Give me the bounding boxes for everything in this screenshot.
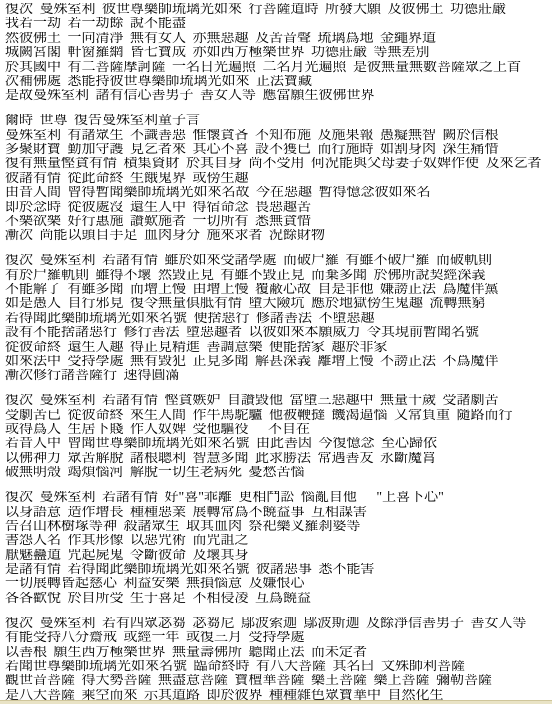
text-line: 曼殊室利 有諸眾生 不識善惡 惟懷貪吝 不知布施 及施果報 愚癡無智 闕於信根: [5, 129, 551, 143]
text-line: 破無明殼 竭煩惱河 解脫一切生老病死 憂愁苦惱: [5, 466, 551, 480]
text-line: 如來法中 受持學處 無有毀犯 正見多聞 解甚深義 離增上慢 不謗正法 不爲魔伴: [5, 355, 551, 369]
text-line: 設有不能捨諸惡行 修行善法 墮惡趣者 以彼如來本願威力 令其現前暫聞名號: [5, 326, 551, 340]
text-line: 復次 曼殊室利 若有四眾苾芻 苾芻尼 鄔波索迦 鄔波斯迦 及餘淨信善男子 善女人…: [5, 617, 551, 631]
paragraph-precept-breakers: 復次 曼殊室利 若諸有情 雖於如來受諸學處 而破尸羅 有雖不破尸羅 而破軌則 有…: [5, 254, 551, 384]
paragraph-jealousy-retribution: 復次 曼殊室利 若諸有情 慳貪嫉妒 自讚毀他 當墮三惡趣中 無量千歲 受諸劇苦 …: [5, 394, 551, 480]
text-line: 厭魅蠱道 咒起屍鬼 令斷彼命 及壞其身: [5, 549, 551, 563]
paragraph-greedy-beings: 爾時 世尊 復告曼殊室利童子言 曼殊室利 有諸眾生 不識善惡 惟懷貪吝 不知布施…: [5, 114, 551, 244]
text-line: 即於念時 從彼處沒 還生人中 得宿命念 畏惡趣苦: [5, 201, 551, 215]
text-line: 告召山林樹塚等神 殺諸眾生 取其血肉 祭祀藥叉羅刹婆等: [5, 520, 551, 534]
text-line: 我若一劫 若一劫餘 說不能盡: [5, 17, 551, 31]
text-line: 如是愚人 自行邪見 復令無量俱胝有情 墮大險坑 應於地獄傍生鬼趣 流轉無窮: [5, 297, 551, 311]
text-line: 若得聞此藥師琉璃光如來名號 便捨惡行 修諸善法 不墮惡趣: [5, 312, 551, 326]
text-line: 一切展轉皆起慈心 利益安樂 無損惱意 及嫌恨心: [5, 577, 551, 591]
text-line: 不樂欲樂 好行惠施 讚歎施者 一切所有 悉無貪惜: [5, 215, 551, 229]
paragraph-vows-of-medicine-buddha: 復次 曼殊室利 彼世尊藥師琉璃光如來 行菩薩道時 所發大願 及彼佛土 功德莊嚴 …: [5, 3, 551, 104]
text-line: 漸次修行諸菩薩行 速得圓滿: [5, 369, 551, 383]
text-line: 復次 曼殊室利 若諸有情 好"喜"乖離 更相鬥訟 惱亂自他 "上喜下心": [5, 491, 551, 505]
text-line: 書怨人名 作其形像 以惡咒術 而咒詛之: [5, 534, 551, 548]
text-line: 以佛神力 眾苦解脫 諸根聰利 智慧多聞 此求勝法 常遇善友 永斷魔罥: [5, 452, 551, 466]
text-line: 有於尸羅軌則 雖得不壞 然毀正見 有雖不毀正見 而棄多聞 於佛所說契經深義: [5, 269, 551, 283]
text-line: 爾時 世尊 復告曼殊室利童子言: [5, 114, 551, 128]
text-line: 復次 曼殊室利 彼世尊藥師琉璃光如來 行菩薩道時 所發大願 及彼佛土 功德莊嚴: [5, 3, 551, 17]
paragraph-eight-bodhisattvas: 復次 曼殊室利 若有四眾苾芻 苾芻尼 鄔波索迦 鄔波斯迦 及餘淨信善男子 善女人…: [5, 617, 551, 703]
text-line: 有能受持八分齋戒 或經一年 或復三月 受持學處: [5, 631, 551, 645]
sutra-text-page: 復次 曼殊室利 彼世尊藥師琉璃光如來 行菩薩道時 所發大願 及彼佛土 功德莊嚴 …: [5, 3, 551, 703]
text-line: 以身語意 造作增長 種種惡業 展轉常爲不饒益事 互相謀害: [5, 506, 551, 520]
text-line: 或得爲人 生居下賤 作人奴婢 受他驅役 不自在: [5, 423, 551, 437]
paragraph-discord-and-curses: 復次 曼殊室利 若諸有情 好"喜"乖離 更相鬥訟 惱亂自他 "上喜下心" 以身語…: [5, 491, 551, 606]
text-line: 於其國中 有二菩薩摩訶薩 一名日光遍照 二名月光遍照 是彼無量無數菩薩眾之上首: [5, 61, 551, 75]
text-line: 城闕宮閣 軒窗羅網 皆七寶成 亦如西方極樂世界 功德莊嚴 等無差別: [5, 46, 551, 60]
text-line: 若聞世尊藥師琉璃光如來名號 臨命終時 有八大菩薩 其名曰 文殊師利菩薩: [5, 660, 551, 674]
text-line: 從彼命終 還生人趣 得正見精進 善調意樂 便能捨家 趣於非家: [5, 341, 551, 355]
text-line: 然彼佛土 一向清淨 無有女人 亦無惡趣 及苦音聲 琉璃爲地 金繩界道: [5, 32, 551, 46]
text-line: 彼諸有情 從此命終 生餓鬼界 或傍生趣: [5, 172, 551, 186]
text-line: 復次 曼殊室利 若諸有情 雖於如來受諸學處 而破尸羅 有雖不破尸羅 而破軌則: [5, 254, 551, 268]
text-line: 若昔人中 曾聞世尊藥師琉璃光如來名號 由此善因 今復憶念 至心歸依: [5, 437, 551, 451]
text-line: 多聚財寶 勤加守護 見乞者來 其心不喜 設不獲已 而行施時 如割身肉 深生痛惜: [5, 143, 551, 157]
text-line: 受劇苦已 從彼命終 來生人間 作牛馬駝驢 他被鞭撻 饑渴逼惱 又常負重 隨路而行: [5, 409, 551, 423]
text-line: 漸次 尚能以頭目手足 血肉身分 施來求者 況餘財物: [5, 229, 551, 243]
text-line: 由昔人間 曾得暫聞藥師琉璃光如來名故 今在惡趣 暫得憶念彼如來名: [5, 186, 551, 200]
text-line: 次補佛處 悉能持彼世尊藥師琉璃光如來 正法寶藏: [5, 75, 551, 89]
text-line: 不能解了 有雖多聞 而增上慢 由增上慢 覆蔽心故 自是非他 嫌謗正法 爲魔伴黨: [5, 283, 551, 297]
text-line: 觀世音菩薩 得大勢菩薩 無盡意菩薩 寶檀華菩薩 藥王菩薩 藥上菩薩 彌勒菩薩: [5, 674, 551, 688]
text-line: 各各歡悅 於自所受 生于喜足 不相侵凌 互爲饒益: [5, 592, 551, 606]
text-line: 以善根 願生西方極樂世界 無量壽佛所 聽聞正法 而未定者: [5, 646, 551, 660]
text-line: 是故曼殊室利 諸有信心善男子 善女人等 應當願生彼佛世界: [5, 89, 551, 103]
text-line: 復有無量慳貪有情 積集資財 於其自身 尚不受用 何況能與父母妻子奴婢作使 及來乞…: [5, 157, 551, 171]
text-line: 復次 曼殊室利 若諸有情 慳貪嫉妒 自讚毀他 當墮三惡趣中 無量千歲 受諸劇苦: [5, 394, 551, 408]
window-bottom-edge: [0, 700, 552, 704]
text-line: 是諸有情 若得聞此藥師琉璃光如來名號 彼諸惡事 悉不能害: [5, 563, 551, 577]
